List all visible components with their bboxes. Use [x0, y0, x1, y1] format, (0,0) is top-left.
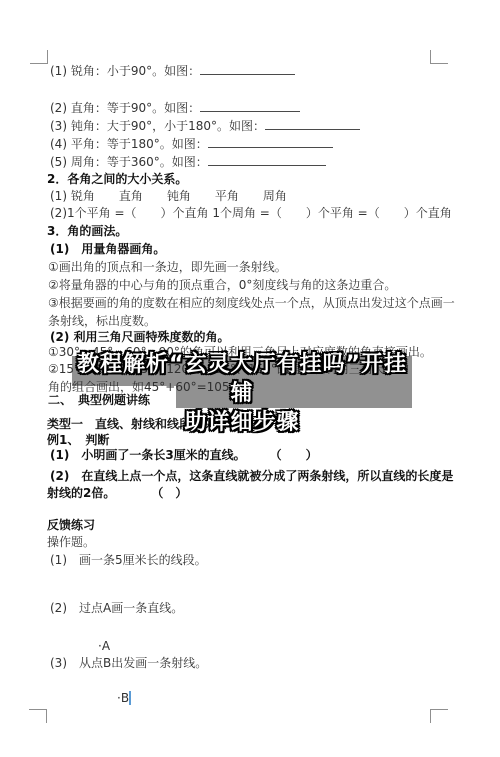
doc-line: 操作题。 — [47, 535, 95, 550]
point-label-b: ·B — [117, 691, 129, 706]
doc-line: 条射线，标出度数。 — [48, 314, 156, 329]
doc-line: (1) 小明画了一条长3厘米的直线。 （ ） — [50, 448, 318, 463]
page-corner-mark — [430, 709, 448, 723]
page-corner-mark — [430, 50, 448, 64]
point-label-a: ·A — [98, 639, 110, 654]
doc-line: (5) 周角：等于360°。如图： — [50, 155, 326, 170]
watermark-line-1: 教程解析“玄灵大厅有挂吗”开挂辅 — [72, 350, 412, 408]
doc-heading: 2．各角之间的大小关系。 — [47, 172, 187, 187]
doc-line: (2) 直角：等于90°。如图： — [50, 101, 300, 116]
doc-line: ①画出角的顶点和一条边，即先画一条射线。 — [48, 260, 287, 275]
doc-line: ③根据要画的角的度数在相应的刻度线处点一个点，从顶点出发过这个点画一 — [48, 296, 455, 311]
watermark-text: 教程解析“玄灵大厅有挂吗”开挂辅 助详细步骤 — [72, 350, 412, 437]
doc-line: ②将量角器的中心与角的顶点重合，0°刻度线与角的这条边重合。 — [48, 278, 396, 293]
watermark-line-2: 助详细步骤 — [72, 408, 412, 437]
blank-underline — [200, 101, 300, 112]
page-corner-mark — [29, 709, 47, 723]
doc-line: (3) 钝角：大于90°，小于180°。如图： — [50, 119, 360, 134]
blank-underline — [265, 119, 360, 130]
doc-line: (2) 过点A画一条直线。 — [50, 601, 183, 616]
blank-underline — [208, 155, 326, 166]
blank-underline — [200, 64, 295, 75]
doc-line: (2)1个平角 =（ ）个直角 1个周角 =（ ）个平角 =（ ）个直角 — [50, 206, 452, 221]
doc-line: (3) 从点B出发画一条射线。 — [50, 656, 207, 671]
doc-heading: 反馈练习 — [47, 518, 95, 533]
doc-line: (1) 锐角 直角 钝角 平角 周角 — [50, 189, 287, 204]
doc-heading: (2) 利用三角尺画特殊度数的角。 — [50, 330, 230, 345]
blank-underline — [208, 137, 333, 148]
doc-heading: (1) 用量角器画角。 — [50, 242, 165, 257]
doc-line: (2) 在直线上点一个点，这条直线就被分成了两条射线，所以直线的长度是 — [50, 469, 453, 484]
page-corner-mark — [30, 50, 48, 64]
doc-line: (1) 画一条5厘米长的线段。 — [50, 553, 207, 568]
text-caret — [129, 691, 131, 705]
doc-line: (1) 锐角：小于90°。如图： — [50, 64, 295, 79]
doc-line: (4) 平角：等于180°。如图： — [50, 137, 333, 152]
document-page[interactable]: (1) 锐角：小于90°。如图： (2) 直角：等于90°。如图： (3) 钝角… — [0, 0, 500, 757]
doc-heading: 3．角的画法。 — [47, 224, 127, 239]
doc-line: 射线的2倍。 （ ） — [47, 486, 187, 501]
